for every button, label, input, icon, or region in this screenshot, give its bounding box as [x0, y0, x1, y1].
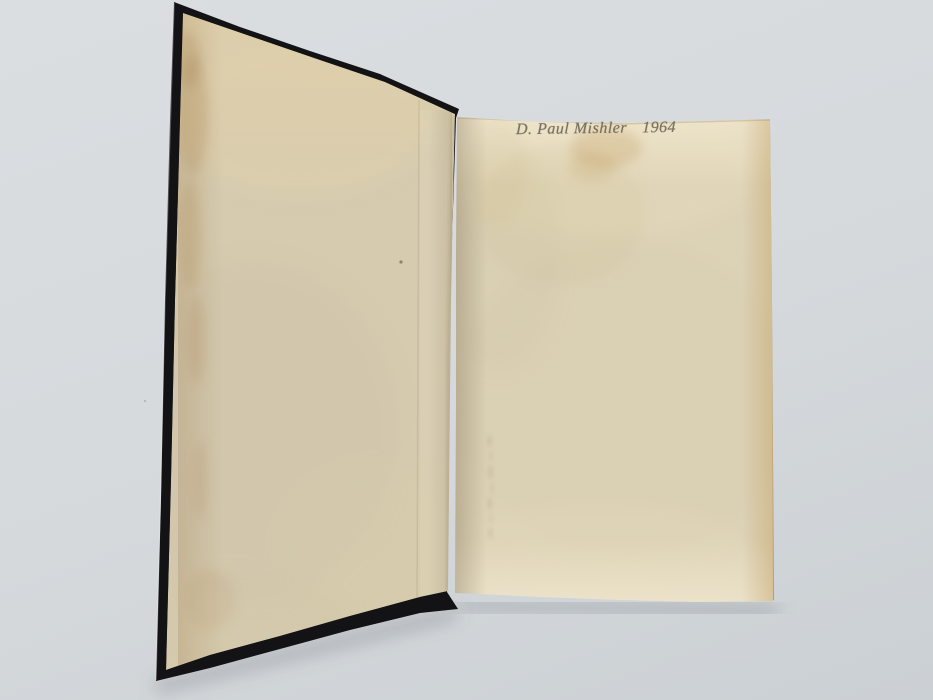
page-bottom-light [455, 540, 775, 602]
page-fore-edge-toning [742, 115, 775, 605]
open-book-illustration [0, 0, 933, 700]
book-photograph: D. Paul Mishler1964 [0, 0, 933, 700]
endpaper-speck [399, 260, 402, 263]
inscription-year: 1964 [642, 119, 676, 136]
inscription-name: D. Paul Mishler [516, 120, 627, 139]
handwritten-inscription: D. Paul Mishler1964 [516, 119, 676, 139]
dust-speck [144, 400, 146, 402]
